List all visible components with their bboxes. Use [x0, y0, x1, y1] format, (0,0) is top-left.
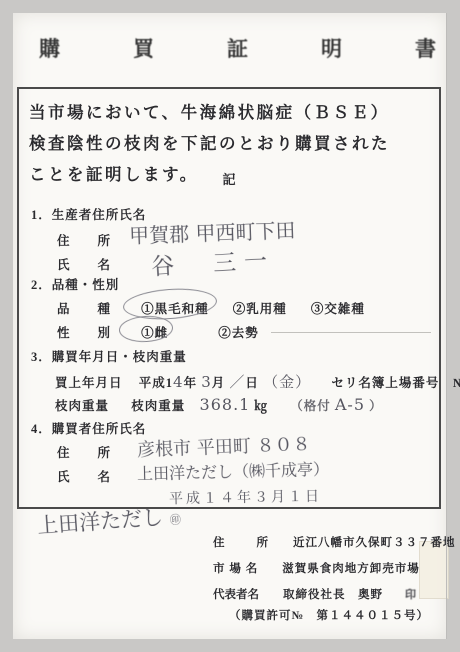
purchaser-address-row: 住 所 [57, 443, 111, 461]
issuer-address-line: 住 所 近江八幡市久保町３３７番地 [213, 533, 456, 551]
hw-year: 4 [173, 373, 184, 391]
handwritten-date: 平成１４年３月１日 [169, 486, 322, 509]
representative-label: 代表者名 [213, 589, 259, 601]
grade-open: （格付 [290, 399, 331, 413]
representative-stamp-mark: 印 [405, 589, 416, 601]
signature-stamp-icon: ㊞ [169, 513, 181, 527]
section2-heading: 2．品種・性別 [31, 275, 119, 293]
producer-address-label: 住 所 [57, 234, 111, 248]
weight-unit: ㎏ [254, 399, 268, 413]
document-title: 購 買 証 明 書 [13, 33, 447, 63]
purchaser-address-label: 住 所 [57, 446, 111, 460]
purchaser-name-row: 氏 名 [57, 467, 111, 485]
hw-weekday: （金） [263, 373, 311, 391]
hw-weight-value: 368.1 [200, 395, 251, 414]
producer-name-label: 氏 名 [57, 258, 111, 272]
breed-row: 品 種 ①黒毛和種 ②乳用種 ③交雑種 [57, 299, 385, 317]
breed-option-kozatsu: ③交雑種 [311, 302, 365, 316]
breed-label: 品 種 [57, 302, 111, 316]
month-suffix: 月 [212, 376, 226, 390]
issuer-address-value: 近江八幡市久保町３３７番地 [293, 537, 456, 549]
issuer-address-label: 住 所 [213, 537, 271, 549]
purchaser-name-handwriting: 上田洋ただし（㈱千成亭） [137, 456, 330, 484]
year-suffix: 年 [184, 376, 198, 390]
ki-marker: 記 [19, 169, 439, 188]
sex-option-castrated: ②去勢 [218, 326, 259, 340]
weight-sublabel: 枝肉重量 [131, 399, 185, 413]
era-prefix: 平成1 [139, 376, 173, 390]
section1-address-row: 住 所 [57, 231, 111, 249]
hw-day: ／ [229, 373, 245, 391]
breed-option-nyuyo: ②乳用種 [233, 302, 287, 316]
market-name-line: 市 場 名 滋賀県食肉地方卸売市場 [213, 559, 420, 577]
section1-name-row: 氏 名 [57, 255, 111, 273]
hw-grade-value: A-5 [335, 395, 365, 414]
hw-month: 3 [201, 373, 212, 391]
intro-line-1: 当市場において、牛海綿状脳症（ＢＳＥ） [29, 97, 390, 128]
signature-name: 上田洋ただし [36, 505, 163, 538]
intro-line-2: 検査陰性の枝肉を下記のとおり購買された [29, 128, 390, 159]
auction-number-label: セリ名簿上場番号 № [331, 376, 460, 390]
purchase-date-row: 買上年月日 平成14年 3月 ／日 （金） セリ名簿上場番号 № 5 [55, 371, 460, 392]
producer-name-handwriting: 谷 三一 [150, 242, 276, 281]
scan-edge-line [446, 13, 447, 639]
grade-close: ） [369, 399, 383, 413]
representative-line: 代表者名 取締役社長 奥野 印 [213, 585, 416, 603]
section3-heading: 3．購買年月日・枝肉重量 [31, 347, 187, 365]
day-suffix: 日 [245, 376, 259, 390]
market-name-label: 市 場 名 [213, 563, 258, 575]
section4-heading: 4．購買者住所氏名 [31, 419, 146, 437]
scanned-certificate: { "doc": { "title": "購 買 証 明 書", "intro_… [0, 0, 460, 652]
certificate-border-box: 当市場において、牛海綿状脳症（ＢＳＥ） 検査陰性の枝肉を下記のとおり購買された … [17, 87, 441, 509]
representative-value: 取締役社長 奥野 [283, 589, 383, 601]
sex-label: 性 別 [57, 326, 111, 340]
document-page: 購 買 証 明 書 当市場において、牛海綿状脳症（ＢＳＥ） 検査陰性の枝肉を下記… [13, 13, 447, 639]
carcass-weight-row: 枝肉重量 枝肉重量 368.1 ㎏ （格付 A-5 ） [55, 395, 383, 414]
faint-rule-line [271, 332, 431, 333]
weight-label: 枝肉重量 [55, 399, 109, 413]
buy-date-label: 買上年月日 [55, 376, 123, 390]
purchaser-name-label: 氏 名 [57, 470, 111, 484]
purchase-license-number: （購買許可№ 第１４４０１５号） [229, 607, 429, 623]
market-name-value: 滋賀県食肉地方卸売市場 [282, 563, 420, 575]
